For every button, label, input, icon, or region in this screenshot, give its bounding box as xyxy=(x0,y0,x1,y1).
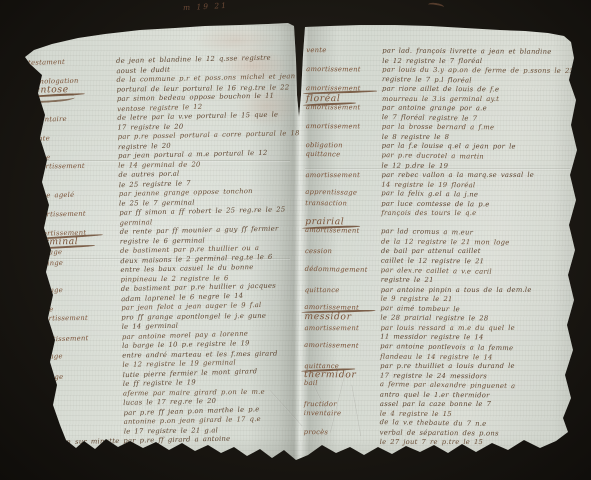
manuscript-line: ventepar lad. françois livrette a jean e… xyxy=(302,37,578,48)
entry-text: registre le 6 germinal xyxy=(120,236,205,245)
entry-text: registre le 7 p.l floréal xyxy=(382,75,472,84)
faded-ink-mark: m 19 21 xyxy=(183,1,228,12)
entry-text: assel par la caze bonne le 7 xyxy=(380,400,491,408)
entry-text: le 27 jout 7 re p.tre le 15 xyxy=(380,438,483,446)
manuscript-paper: testamentde jean et blandine le 12 q.sse… xyxy=(0,0,591,480)
entry-cell: le 8 registre le 8 xyxy=(382,124,578,143)
entry-text: le 25 le 7 germinal xyxy=(119,198,195,207)
act-type-label: quittance xyxy=(305,286,340,294)
entry-text: mourreau le 3.is germinal ay.t xyxy=(382,95,499,103)
entry-text: par p.re thuilliet a louis durand le xyxy=(380,362,515,370)
scan-background: m 19 21 testamentde jean et blandine le … xyxy=(0,0,591,480)
act-type-label: amortissement xyxy=(304,341,359,350)
margin-cell: bail xyxy=(300,370,380,390)
margin-cell: dédommagement xyxy=(301,255,381,275)
act-type-label: amortissement xyxy=(304,324,359,332)
entry-text: par alex.re caillet a v.e caril xyxy=(381,266,492,276)
entry-cell: par aimé tombeur le xyxy=(380,295,576,317)
act-type-label: amortissement xyxy=(30,161,85,170)
manuscript-line: le 12 registre le 7 floréal xyxy=(302,47,578,57)
entry-cell: le 7 floréal registre le 7 xyxy=(382,104,578,126)
entry-text: de la v.e thebaute du 7 n.e xyxy=(380,418,487,428)
act-type-label: amortissement xyxy=(33,313,88,322)
entry-text: par aimé tombeur le xyxy=(380,304,460,313)
entry-text: ventose registre le 12 xyxy=(117,102,202,112)
margin-cell: amortissement xyxy=(26,152,118,172)
entry-text: 17 registre le 20 xyxy=(117,122,183,131)
faded-ink-stroke xyxy=(428,2,445,10)
act-type-label: echange xyxy=(32,258,63,267)
entry-cell: le 12 registre le 7 floréal xyxy=(382,47,578,66)
entry-cell: par rebec vallon a la marq.se vassal le xyxy=(381,162,577,181)
entry-text: le 25 registre le 7 xyxy=(119,179,191,189)
act-type-label: amortissement xyxy=(306,171,361,179)
act-type-label: amortissement xyxy=(304,303,359,312)
act-type-label: bail xyxy=(304,379,318,387)
manuscript-line: quittancepar antoine pinpin a tous de la… xyxy=(301,277,577,287)
entry-text: pluse le 17 registre le 15 xyxy=(34,446,134,457)
act-type-label: cession xyxy=(305,248,332,256)
entry-text: par louis ressard a m.e du quel le xyxy=(380,324,515,332)
entry-cell: le 27 jout 7 re p.tre le 15 xyxy=(380,429,576,448)
entry-text: adam laprenel le 6 negre le 14 xyxy=(121,291,243,303)
margin-cell: amortissement xyxy=(29,304,121,324)
entry-text: par antoine morel pay a lorenne xyxy=(122,329,248,341)
act-type-label: partage xyxy=(34,352,63,360)
act-type-label: apprentissage xyxy=(305,188,357,197)
page-right-entries: ventepar lad. françois livrette a jean e… xyxy=(300,37,579,440)
entry-text: aferme par maire girard p.on le m.e xyxy=(123,387,265,397)
manuscript-line: amortissementpar louis ressard a m.e du … xyxy=(300,315,576,325)
manuscript-line: amortissementpar rebec vallon a la marq.… xyxy=(301,162,577,172)
entry-text: par p.re ff jean p.on marthe le p.e xyxy=(123,405,259,417)
entry-text: par antoine pontlevois a la femme xyxy=(380,342,513,352)
entry-text: pinpineau le 2 registre le 6 xyxy=(121,274,229,283)
entry-text: par la felix g.el a la j.ne xyxy=(381,189,478,199)
margin-cell: amortissement xyxy=(300,332,380,352)
entry-text: par p.re ducrotel a martin xyxy=(381,151,484,161)
act-type-label: germinal xyxy=(32,236,79,248)
margin-cell: amortissement xyxy=(301,217,381,237)
entry-cell: par louis ressard a m.e du quel le xyxy=(380,315,576,334)
entry-text: le 12 registre le 7 floréal xyxy=(382,57,482,65)
act-type-label: partage xyxy=(35,372,64,381)
page-left-entries: testamentde jean et blandine le 12 q.sse… xyxy=(24,44,300,449)
entry-cell: par p.re ducrotel a martin xyxy=(381,142,577,164)
margin-cell: bail xyxy=(31,380,123,400)
entry-text: a ferme par alexandre pinguenet a xyxy=(380,380,516,390)
entry-text: par antoine pinpin a tous de la dem.le xyxy=(381,286,532,294)
entry-text: par lad cromus a m.eur xyxy=(381,227,473,236)
act-type-label: vente xyxy=(35,411,55,420)
entry-text: lutie pierre fermier le mont girard xyxy=(123,367,258,379)
act-type-label: quittance xyxy=(305,150,340,159)
entry-cell: registre le 7 p.l floréal xyxy=(382,66,578,88)
entry-text: le 7 floréal registre le 7 xyxy=(382,113,478,122)
entry-text: deux maisons le 2 germinal reg.te le 6 xyxy=(120,252,272,264)
entry-text: le 17 registre le 21 g.al xyxy=(124,426,218,435)
entry-text: registre le 20 xyxy=(118,141,171,151)
entry-text: par rebec vallon a la marq.se vassal le xyxy=(382,171,535,179)
margin-cell: quittance xyxy=(301,277,381,296)
manuscript-line: le 8 registre le 8 xyxy=(302,124,578,134)
manuscript-line: françois des tours le q.e xyxy=(301,200,577,210)
manuscript-line: quittancepar p.re thuilliet a louis dura… xyxy=(300,353,576,363)
entry-text: de bail par attenul caillet xyxy=(381,247,481,255)
manuscript-line: cessionde bail par attenul caillet xyxy=(301,238,577,248)
entry-cell: assel par la caze bonne le 7 xyxy=(380,391,576,410)
entry-cell: par antoine pontlevois a la femme xyxy=(380,333,576,355)
entry-cell: par p.re thuilliet a louis durand le xyxy=(380,353,576,372)
manuscript-line: fructidorassel par la caze bonne le 7 xyxy=(300,391,576,401)
manuscript-line: le 27 jout 7 re p.tre le 15 xyxy=(300,429,576,439)
entry-cell: par antoine pinpin a tous de la dem.le xyxy=(381,277,577,296)
entry-cell: de bail par attenul caillet xyxy=(381,238,577,257)
margin-cell: ventose xyxy=(24,76,116,96)
act-type-label: ventose xyxy=(29,84,69,95)
entry-text: germinal xyxy=(119,218,152,227)
act-type-label: dédommagement xyxy=(305,264,368,273)
margin-cell: germinal xyxy=(28,228,120,248)
margin-cell: floréal xyxy=(302,86,382,105)
act-type-label: amortissement xyxy=(305,226,360,235)
act-type-label: amortissement xyxy=(34,334,89,344)
entry-text: le 14 germinal de 20 xyxy=(118,160,200,169)
manuscript-line: floréalmourreau le 3.is germinal ay.t xyxy=(302,86,578,96)
margin-cell: partage xyxy=(30,342,122,362)
margin-cell: cession xyxy=(301,239,381,258)
margin-cell: quittance xyxy=(301,141,381,161)
entry-text: pro ff grange apontlongel le j.e gune xyxy=(121,311,266,321)
act-type-label: bail xyxy=(35,390,49,398)
margin-cell: apprentissage xyxy=(301,179,381,199)
entry-cell: françois des tours le q.e xyxy=(381,200,577,219)
entry-text: le 8 registre le 8 xyxy=(382,133,449,141)
entry-cell: par alex.re caillet a v.e caril xyxy=(381,257,577,279)
entry-text: françois des tours le q.e xyxy=(381,209,476,217)
entry-cell: mourreau le 3.is germinal ay.t xyxy=(382,86,578,105)
entry-text: aoust le dudit xyxy=(116,65,170,75)
